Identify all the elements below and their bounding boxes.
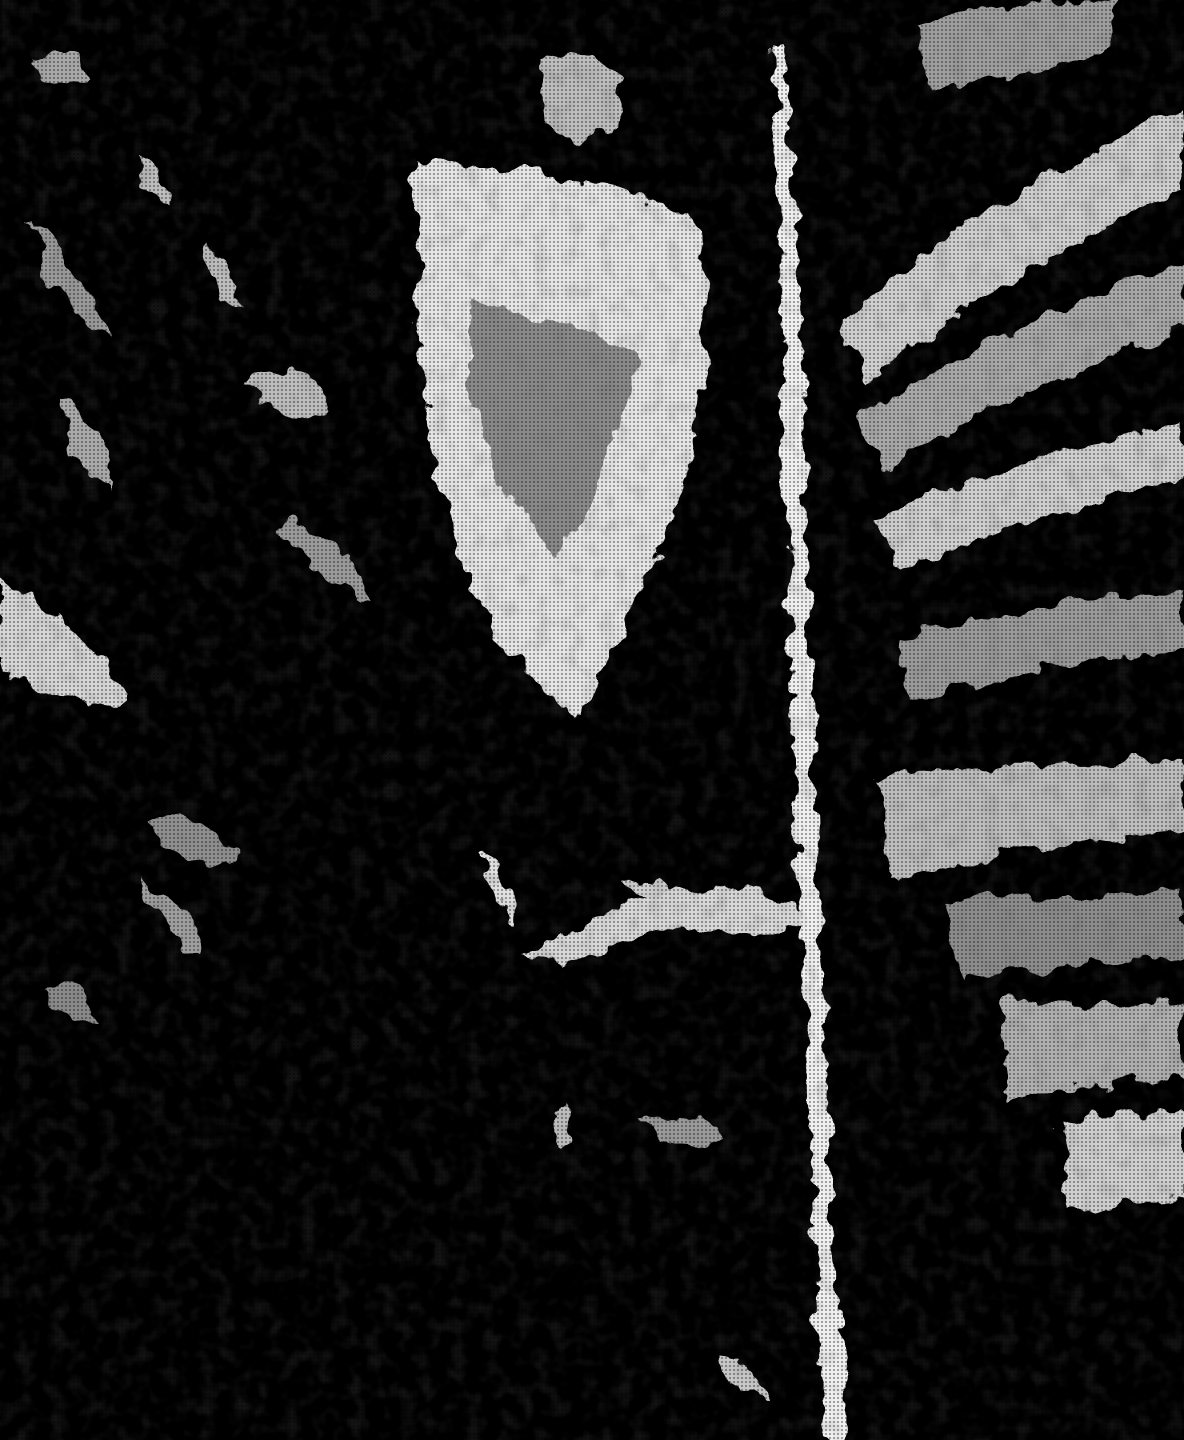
- crevice-photograph: [0, 0, 1184, 1440]
- photo-illustration: [0, 0, 1184, 1440]
